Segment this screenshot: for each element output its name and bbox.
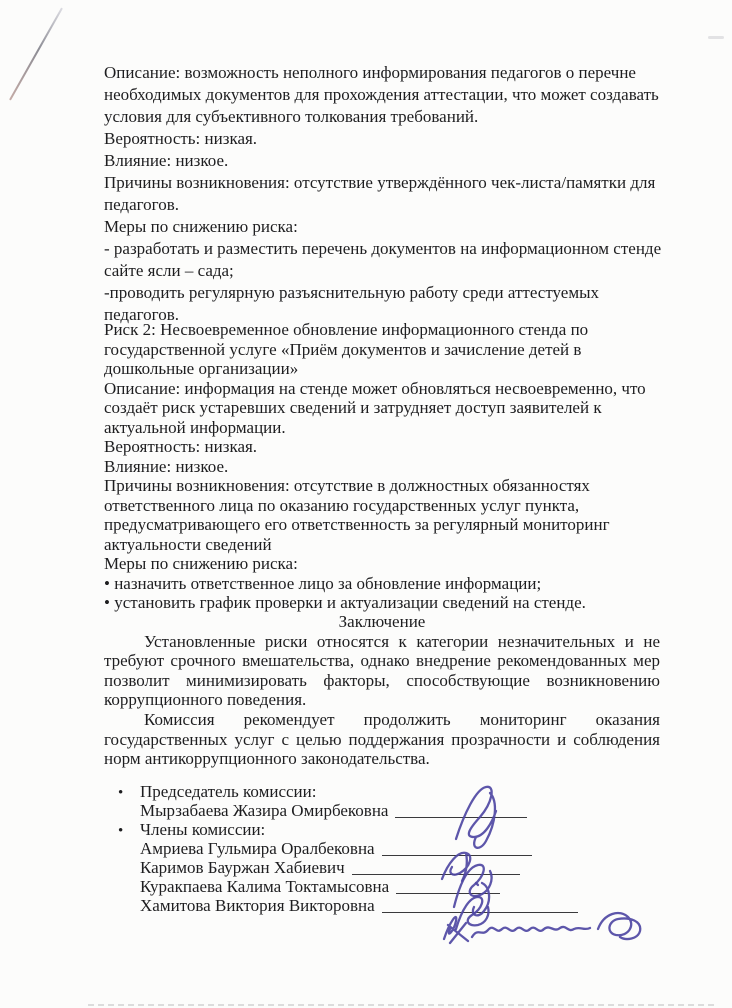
risk2-causes-line: актуальности сведений	[104, 535, 660, 555]
risk2-description-line: актуальной информации.	[104, 418, 660, 438]
members-label-row: • Члены комиссии:	[118, 821, 265, 840]
conclusion-paragraph-line: государственных услуг с целью поддержани…	[104, 730, 660, 750]
conclusion-paragraph-line: норм антикоррупционного законодательства…	[104, 749, 660, 769]
risk2-section: Риск 2: Несвоевременное обновление инфор…	[104, 320, 660, 613]
risk2-description-line: Описание: информация на стенде может обн…	[104, 379, 660, 399]
member-name: Хамитова Виктория Викторовна	[140, 896, 375, 916]
scan-fold-line-artifact	[9, 7, 63, 100]
risk2-measure-item: • назначить ответственное лицо за обновл…	[104, 574, 660, 594]
bullet-icon: •	[118, 823, 140, 840]
chair-label: Председатель комиссии:	[140, 782, 316, 802]
risk1-measure-item: сайте ясли – сада;	[104, 260, 660, 282]
risk2-description-line: создаёт риск устаревших сведений и затру…	[104, 398, 660, 418]
chair-name: Мырзабаева Жазира Омирбековна	[140, 801, 388, 821]
risk1-causes-line: педагогов.	[104, 194, 660, 216]
risk2-probability-line: Вероятность: низкая.	[104, 437, 660, 457]
risk2-title-line: дошкольные организации»	[104, 359, 660, 379]
conclusion-paragraph-line: Установленные риски относятся к категори…	[104, 632, 660, 652]
bullet-icon: •	[118, 785, 140, 802]
signature-line	[395, 817, 527, 818]
conclusion-paragraph-line: Комиссия рекомендует продолжить монитори…	[104, 710, 660, 730]
risk1-description-line: Описание: возможность неполного информир…	[104, 62, 660, 84]
members-label: Члены комиссии:	[140, 820, 265, 840]
signature-line	[396, 893, 500, 894]
member4-signature-ink	[444, 913, 640, 943]
risk2-measures-title: Меры по снижению риска:	[104, 554, 660, 574]
risk1-description-line: условия для субъективного толкования тре…	[104, 106, 660, 128]
member-name: Куракпаева Калима Токтамысовна	[140, 877, 389, 897]
risk1-measures-title: Меры по снижению риска:	[104, 216, 660, 238]
risk2-measure-item: • установить график проверки и актуализа…	[104, 593, 660, 613]
conclusion-paragraph-line: коррупционного поведения.	[104, 690, 660, 710]
risk2-title-line: Риск 2: Несвоевременное обновление инфор…	[104, 320, 660, 340]
signature-section: • Председатель комиссии: Мырзабаева Жази…	[104, 783, 724, 983]
signature-line	[352, 874, 520, 875]
conclusion-paragraph-line: требуют срочного вмешательства, однако в…	[104, 651, 660, 671]
risk1-description-line: необходимых документов для прохождения а…	[104, 84, 660, 106]
conclusion-paragraph-line: позволит минимизировать факторы, способс…	[104, 671, 660, 691]
risk1-section: Описание: возможность неполного информир…	[104, 62, 660, 326]
member-name: Амриева Гульмира Оралбековна	[140, 839, 375, 859]
member-signature-row: Хамитова Виктория Викторовна	[140, 897, 578, 916]
chair-label-row: • Председатель комиссии:	[118, 783, 316, 802]
risk2-title-line: государственной услуге «Приём документов…	[104, 340, 660, 360]
risk1-measure-item: -проводить регулярную разъяснительную ра…	[104, 282, 660, 304]
member-name: Каримов Бауржан Хабиевич	[140, 858, 345, 878]
scan-edge-mark	[708, 36, 724, 39]
signature-line	[382, 912, 578, 913]
member-signature-row: Каримов Бауржан Хабиевич	[140, 859, 520, 878]
member-signature-row: Куракпаева Калима Токтамысовна	[140, 878, 500, 897]
scan-bottom-edge-artifact	[88, 1004, 714, 1006]
signature-line	[382, 855, 532, 856]
chair-signature-row: Мырзабаева Жазира Омирбековна	[140, 802, 527, 821]
risk2-impact-line: Влияние: низкое.	[104, 457, 660, 477]
risk1-causes-line: Причины возникновения: отсутствие утверж…	[104, 172, 660, 194]
member-signature-row: Амриева Гульмира Оралбековна	[140, 840, 532, 859]
risk1-measure-item: - разработать и разместить перечень доку…	[104, 238, 660, 260]
conclusion-heading: Заключение	[104, 612, 660, 632]
scanned-document-page: Описание: возможность неполного информир…	[0, 0, 732, 1008]
risk1-impact-line: Влияние: низкое.	[104, 150, 660, 172]
risk2-causes-line: предусматривающего его ответственность з…	[104, 515, 660, 535]
conclusion-section: Заключение Установленные риски относятся…	[104, 612, 660, 769]
risk2-causes-line: Причины возникновения: отсутствие в долж…	[104, 476, 660, 496]
risk1-probability-line: Вероятность: низкая.	[104, 128, 660, 150]
risk2-causes-line: ответственного лица по оказанию государс…	[104, 496, 660, 516]
